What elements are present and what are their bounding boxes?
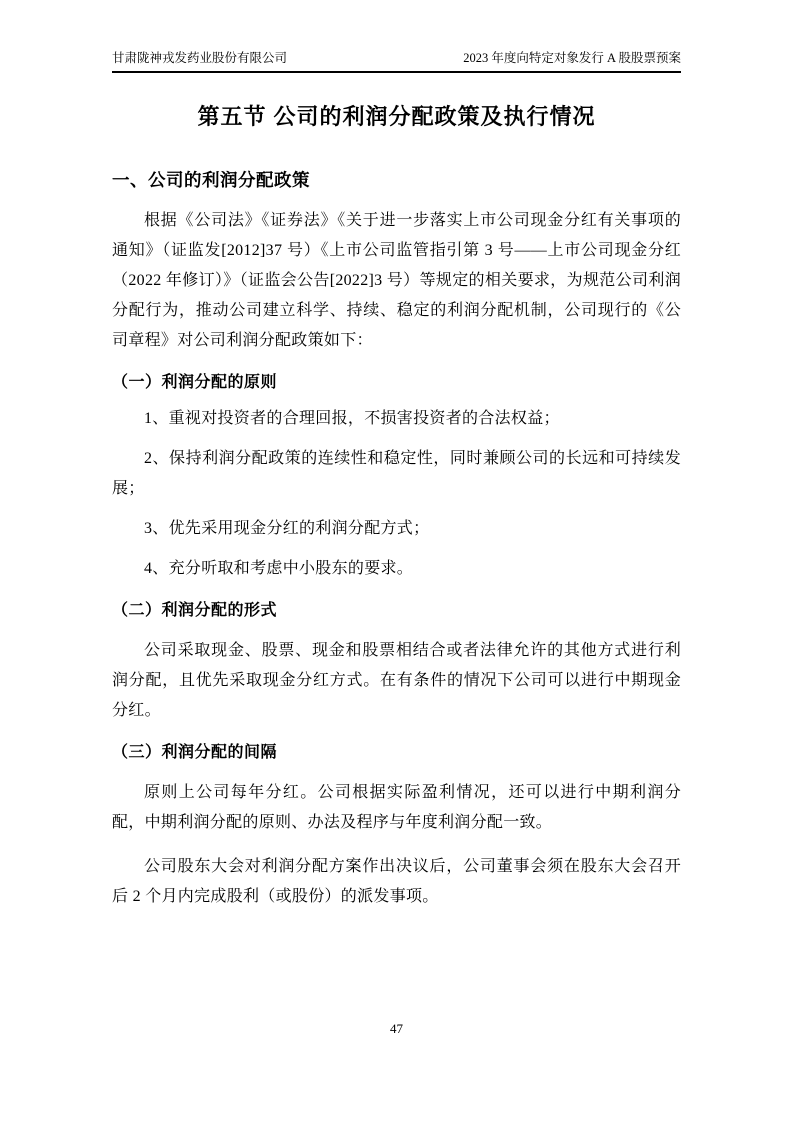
principle-item-4: 4、充分听取和考虑中小股东的要求。 (112, 554, 681, 584)
distribution-interval-paragraph-2: 公司股东大会对利润分配方案作出决议后，公司董事会须在股东大会召开后 2 个月内完… (112, 852, 681, 912)
header-document-title: 2023 年度向特定对象发行 A 股股票预案 (463, 50, 681, 66)
header-company-name: 甘肃陇神戎发药业股份有限公司 (112, 50, 287, 66)
principle-item-3: 3、优先采用现金分红的利润分配方式； (112, 514, 681, 544)
page-content: 甘肃陇神戎发药业股份有限公司 2023 年度向特定对象发行 A 股股票预案 第五… (112, 0, 681, 912)
document-page: 甘肃陇神戎发药业股份有限公司 2023 年度向特定对象发行 A 股股票预案 第五… (0, 0, 793, 1122)
section-heading: 一、公司的利润分配政策 (112, 168, 681, 192)
principle-item-2: 2、保持利润分配政策的连续性和稳定性，同时兼顾公司的长远和可持续发展； (112, 444, 681, 504)
page-number: 47 (390, 1021, 403, 1036)
page-footer: 47 (0, 1020, 793, 1037)
distribution-form-paragraph: 公司采取现金、股票、现金和股票相结合或者法律允许的其他方式进行利润分配，且优先采… (112, 636, 681, 726)
running-header: 甘肃陇神戎发药业股份有限公司 2023 年度向特定对象发行 A 股股票预案 (112, 0, 681, 73)
subsection-heading-2: （二）利润分配的形式 (112, 600, 681, 622)
subsection-heading-3: （三）利润分配的间隔 (112, 742, 681, 764)
section-intro-paragraph: 根据《公司法》《证券法》《关于进一步落实上市公司现金分红有关事项的通知》（证监发… (112, 206, 681, 356)
distribution-interval-paragraph-1: 原则上公司每年分红。公司根据实际盈利情况，还可以进行中期利润分配，中期利润分配的… (112, 778, 681, 838)
subsection-heading-1: （一）利润分配的原则 (112, 372, 681, 394)
principle-item-1: 1、重视对投资者的合理回报，不损害投资者的合法权益； (112, 404, 681, 434)
chapter-title: 第五节 公司的利润分配政策及执行情况 (112, 100, 681, 134)
